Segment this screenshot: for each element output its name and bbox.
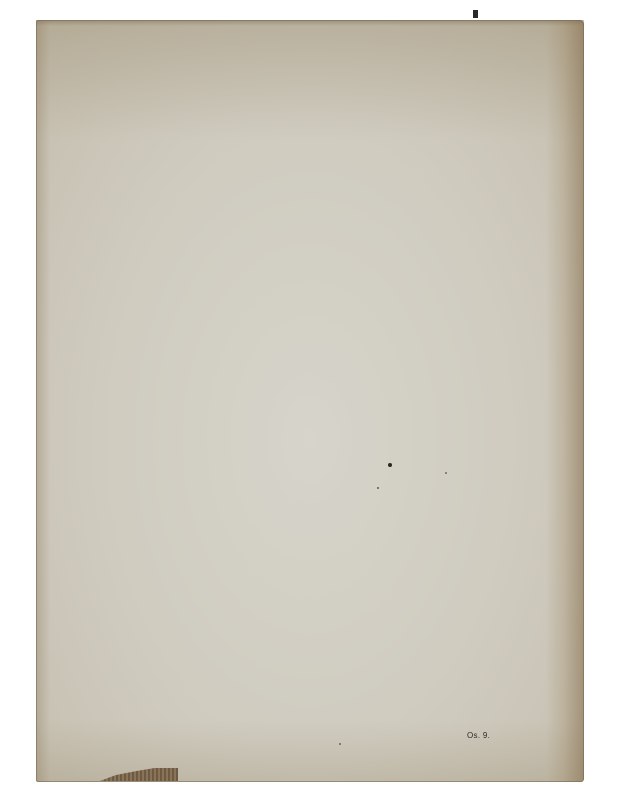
catalog-number: Os. 9. xyxy=(467,731,490,740)
ink-speck xyxy=(388,463,392,467)
ink-speck xyxy=(339,743,341,745)
ink-speck xyxy=(445,472,447,474)
scan-background: Os. 9. xyxy=(0,0,618,800)
tape-mark xyxy=(473,10,478,18)
book-cover xyxy=(36,20,584,782)
ink-speck xyxy=(377,487,379,489)
